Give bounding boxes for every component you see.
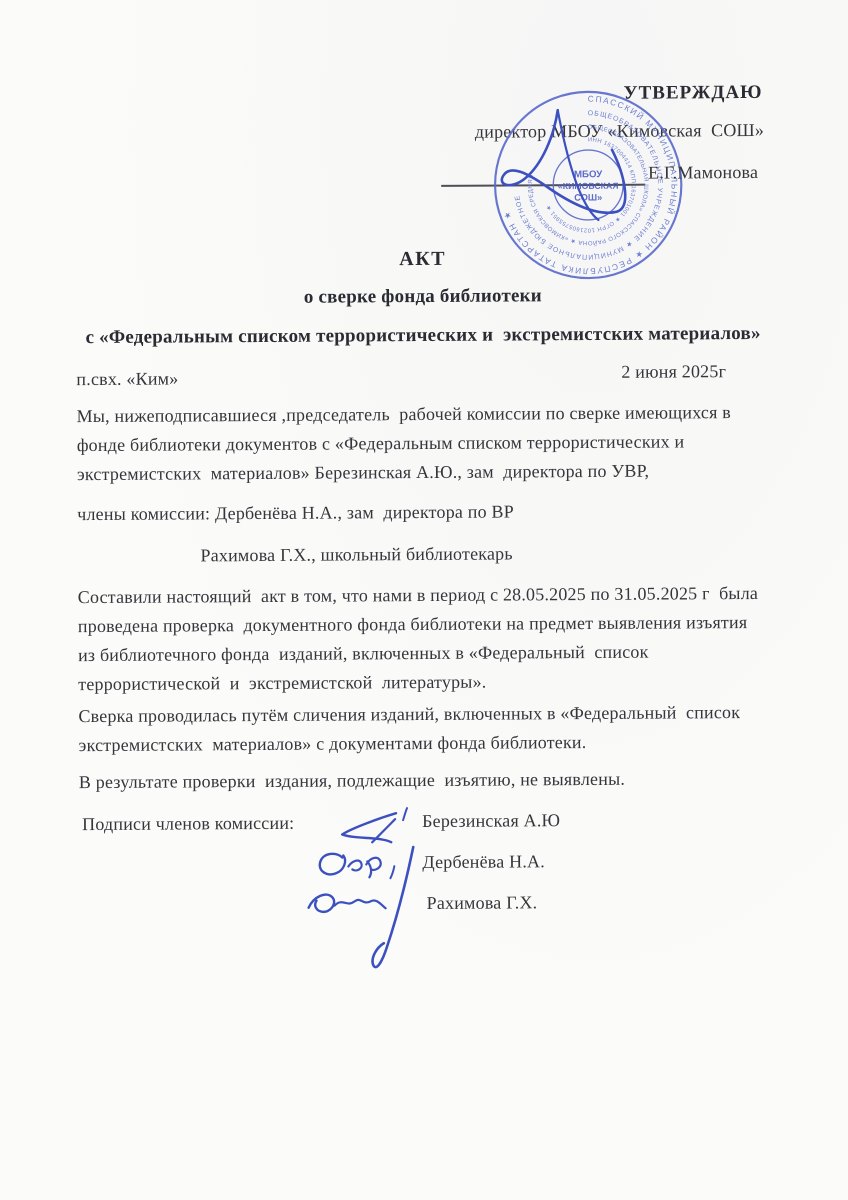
act-subtitle: о сверке фонда библиотеки [55, 284, 791, 310]
scanned-act-document: УТВЕРЖДАЮ директор МБОУ «Кимовская СОШ» … [0, 0, 848, 1200]
paragraph4-line1: В результате проверки издания, подлежащи… [79, 769, 625, 793]
act-subject-line: с «Федеральным списком террористических … [55, 323, 791, 349]
members-handwritten-signatures [295, 797, 436, 993]
paragraph2-line3: из библиотечного фонда изданий, включенн… [78, 642, 649, 666]
paragraph2-line2: проведена проверка документного фонда би… [78, 612, 748, 637]
signature-name-rakhimova: Рахимова Г.Х. [427, 892, 538, 914]
paragraph1-line1: Мы, нижеподписавшиеся ,председатель рабо… [77, 402, 731, 427]
signature-stroke-berezinskaya [342, 808, 407, 842]
paragraph1-line2: фонде библиотеки документов с «Федеральн… [77, 431, 685, 456]
members-line1: члены комиссии: Дербенёва Н.А., зам дире… [77, 501, 514, 525]
document-page: УТВЕРЖДАЮ директор МБОУ «Кимовская СОШ» … [0, 0, 848, 1200]
signatures-label: Подписи членов комиссии: [82, 813, 294, 835]
paragraph3-line2: экстремистских материалов» с документами… [79, 732, 587, 756]
place-label: п.свх. «Ким» [76, 368, 178, 390]
signature-name-berezinskaya: Березинская А.Ю [422, 810, 560, 832]
members-line2: Рахимова Г.Х., школьный библиотекарь [200, 543, 512, 566]
director-name: Е.Г.Мамонова [648, 162, 758, 184]
date-label: 2 июня 2025г [621, 361, 726, 383]
paragraph1-line3: экстремистских материалов» Березинская А… [77, 461, 649, 485]
director-handwritten-signature [480, 102, 653, 235]
signature-name-derbeneva: Дербенёва Н.А. [422, 851, 545, 873]
paragraph2-line4: террористической и экстремистской литера… [78, 672, 486, 695]
paragraph2-line1: Составили настоящий акт в том, что нами … [78, 583, 758, 608]
signature-stroke-derbeneva [320, 853, 395, 878]
paragraph3-line1: Сверка проводилась путём сличения издани… [78, 702, 740, 727]
